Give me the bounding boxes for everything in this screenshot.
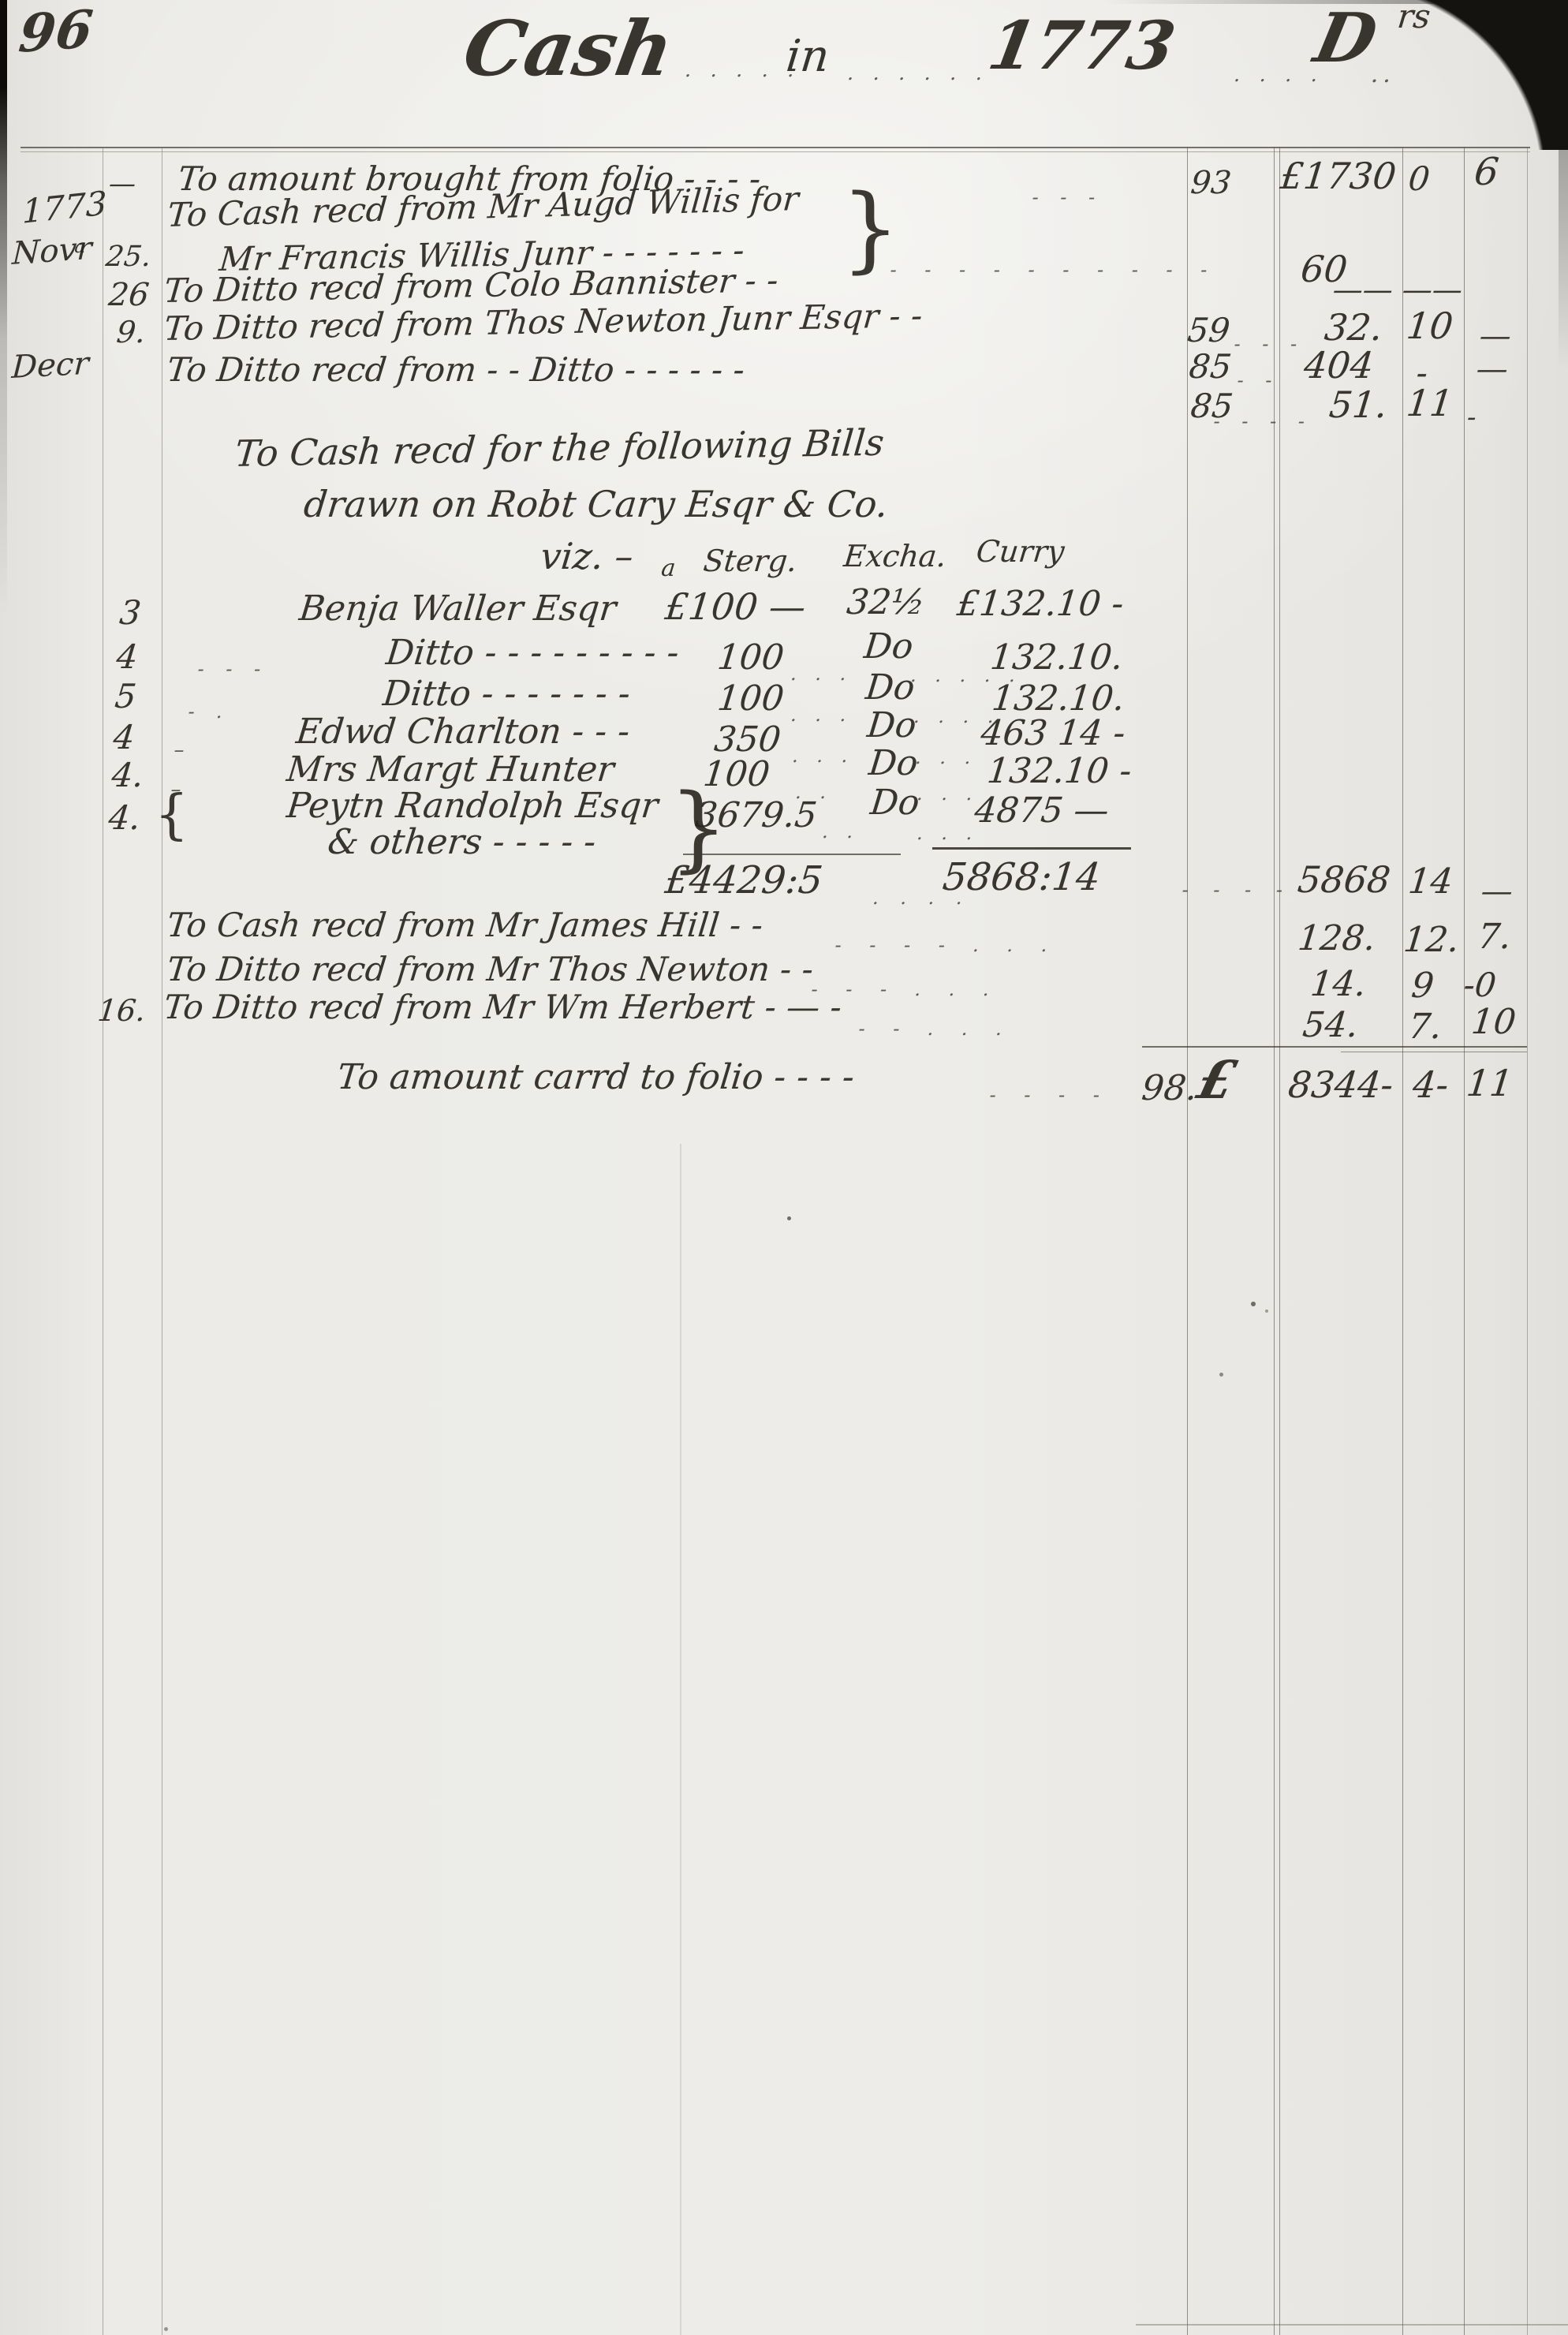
amount-shillings: 11 <box>1405 385 1454 421</box>
carry-total-rule <box>1142 1046 1527 1048</box>
bills-intro-line1: To Cash recd for the following Bills <box>233 424 886 472</box>
amount-pence: 11 <box>1465 1065 1514 1101</box>
bill-leader-dots: . . . <box>790 664 853 683</box>
bills-viz-mark: a <box>660 557 677 581</box>
bill-name: Benja Waller Esqr <box>297 592 618 626</box>
folio-ref: 85 <box>1189 390 1235 423</box>
bills-total-rule-currency <box>932 847 1131 850</box>
entry-leader: - - . . . <box>857 1019 1014 1038</box>
bill-exchange: Do <box>862 630 914 664</box>
margin-month-dec: Decr <box>11 348 90 383</box>
title-leader-2: . . . . . . <box>846 63 990 84</box>
amount-pounds: £1730 <box>1279 158 1398 194</box>
column-rule-folio <box>1187 147 1188 2335</box>
amount-pence: - <box>1465 404 1477 431</box>
bill-sterling: £100 — <box>663 588 808 625</box>
amount-pence: — <box>1475 353 1510 385</box>
entry-leader: - - - <box>1031 188 1103 207</box>
bills-total-rule-sterling <box>683 854 901 855</box>
bill-leader-dots: . . <box>821 822 860 841</box>
bills-intro-line2: drawn on Robt Cary Esqr & Co. <box>302 486 890 522</box>
bill-leader-dots: . . . <box>790 705 853 724</box>
amount-shillings: 12. <box>1402 923 1461 958</box>
column-rule-margin-right <box>1527 147 1528 2335</box>
bill-name: Mrs Margt Hunter <box>285 753 615 787</box>
amount-pounds: 54. <box>1301 1008 1360 1043</box>
folio-ref: 59 <box>1186 314 1232 347</box>
title-dr-dots: .. <box>1370 63 1397 87</box>
column-rule-pounds-inner <box>1279 147 1280 2335</box>
amount-shillings: 10 <box>1405 308 1454 344</box>
entry-leader: - - - <box>1233 334 1305 353</box>
bills-col-sterling: Sterg. <box>702 546 798 576</box>
amount-shillings: 9 <box>1409 969 1435 1003</box>
entry-day: 16. <box>96 996 147 1026</box>
entry-day: 9. <box>115 317 147 347</box>
bill-currency: 132.10. <box>988 641 1125 675</box>
bill-currency: 4875 — <box>973 794 1111 828</box>
bill-name: Ditto - - - - - - - <box>381 677 632 712</box>
amount-pounds: 8344- <box>1286 1067 1394 1103</box>
bill-currency: 463 14 - <box>979 716 1126 751</box>
amount-dash: —— —— <box>1331 275 1464 304</box>
amount-pounds: 128. <box>1296 921 1377 956</box>
bill-exchange: Do <box>867 746 919 781</box>
amount-pence: 6 <box>1473 153 1501 191</box>
bill-name: Peytn Randolph Esqr <box>285 789 659 824</box>
entry-leader: - - <box>1236 371 1280 390</box>
bill-lead-dash: - - - <box>196 659 269 678</box>
bill-currency: 132.10 - <box>985 754 1133 789</box>
bills-viz-label: viz. – <box>539 538 635 574</box>
entry-desc: To Ditto recd from Mr Wm Herbert - — - <box>162 991 844 1024</box>
amount-pence: — <box>1478 320 1513 352</box>
entry-day: 26 <box>107 279 151 311</box>
page-title-year: 1773 <box>984 13 1180 79</box>
bill-lead-dash: – <box>173 740 185 760</box>
bill-sterling: 100 <box>715 682 786 716</box>
bill-name: Edwd Charlton - - - <box>294 715 631 749</box>
folio-ref: 85 <box>1188 350 1234 383</box>
page-title-in: in <box>784 35 831 79</box>
bills-col-exchange: Excha. <box>842 541 948 571</box>
ink-spot <box>1265 1309 1268 1313</box>
entry-day: 25. <box>104 243 152 271</box>
entry-leader: - - - - . . . <box>834 936 1059 955</box>
bill-sterling: 100 <box>715 641 786 675</box>
amount-pounds: 32. <box>1323 309 1384 346</box>
entry-day: — <box>107 170 137 197</box>
entry-leader: - - - - <box>988 1085 1111 1104</box>
bill-brace-open: { <box>155 789 189 842</box>
bill-name-others: & others - - - - - <box>326 825 597 860</box>
bill-day: 4. <box>107 801 142 835</box>
bill-exchange: Do <box>864 671 916 705</box>
page-title-cash: Cash <box>458 11 678 87</box>
amount-pence: — <box>1480 876 1514 907</box>
page-title-dr-superscript: rs <box>1396 0 1432 33</box>
entry-desc: To Ditto recd from - - Ditto - - - - - - <box>166 353 747 387</box>
entry-desc: To Ditto recd from Mr Thos Newton - - <box>166 953 816 986</box>
amount-pounds: 14. <box>1309 967 1368 1002</box>
folio-ref: 98. <box>1140 1071 1199 1106</box>
column-rule-pounds-outer <box>1274 147 1275 2335</box>
bill-currency: £132.10 - <box>955 587 1125 622</box>
ink-spot <box>1219 1373 1223 1377</box>
amount-pence: -0 <box>1462 969 1498 1002</box>
bill-day: 3 <box>118 596 143 630</box>
bottom-edge-line <box>1136 2324 1568 2326</box>
page-number: 96 <box>17 3 95 60</box>
amount-shillings: 4- <box>1411 1067 1450 1103</box>
column-rule-shillings <box>1402 147 1403 2335</box>
bill-exchange: 32½ <box>845 585 926 620</box>
amount-pence: 7. <box>1476 920 1513 955</box>
entry-desc: To Cash recd from Mr James Hill - - <box>166 909 765 942</box>
bill-day: 4. <box>110 759 145 792</box>
amount-shillings: 0 <box>1407 163 1432 196</box>
bill-exchange: Do <box>865 708 917 743</box>
amount-pounds: 5868 <box>1296 861 1392 898</box>
bills-col-currency: Curry <box>975 536 1066 566</box>
header-rule-bottom <box>21 151 1530 152</box>
bill-sterling: 350 <box>712 723 782 757</box>
paper-crease <box>680 1144 681 2335</box>
amount-shillings: 14 <box>1406 865 1454 899</box>
ink-spot <box>1251 1302 1256 1306</box>
bill-sterling: 3679.5 <box>693 798 819 833</box>
ink-spot <box>787 1216 791 1220</box>
amount-shillings: 7. <box>1406 1010 1443 1044</box>
bill-lead-dash: - . <box>187 702 231 721</box>
bills-total-currency: 5868:14 <box>941 858 1102 896</box>
amount-pounds: 404 <box>1302 347 1376 383</box>
entry-leader: - - - - - - - - - - <box>889 260 1219 279</box>
bill-leader-dots: . . . <box>791 746 855 765</box>
margin-year: 1773 <box>22 187 106 229</box>
bill-day: 4 <box>112 721 136 754</box>
bill-leader-dots: . . . <box>914 748 978 767</box>
bill-day: 4 <box>115 641 140 674</box>
amount-pence: 10 <box>1469 1005 1518 1040</box>
pound-sign: £ <box>1193 1054 1241 1106</box>
binding-shadow <box>0 0 7 615</box>
bills-total-sterling: £4429:5 <box>663 861 824 899</box>
column-rule-day <box>162 147 162 2335</box>
column-rule-pence <box>1464 147 1465 2335</box>
bill-currency: 132.10. <box>990 682 1126 716</box>
folio-ref: 93 <box>1189 167 1233 199</box>
ink-spot <box>164 2327 168 2331</box>
bill-exchange: Do <box>868 786 920 820</box>
bill-day: 5 <box>114 680 138 713</box>
margin-month-nov: Novr <box>12 233 93 270</box>
right-edge-shadow <box>1559 118 1568 371</box>
ledger-page: 96 Cash . . . . . in . . . . . . 1773 . … <box>0 0 1568 2335</box>
bill-leader-dots: . . . <box>916 784 980 803</box>
bill-name: Ditto - - - - - - - - - <box>384 636 681 671</box>
column-rule-date <box>103 147 103 2335</box>
bill-leader-dots: . . . <box>916 824 980 842</box>
entry-desc: To amount carrd to folio - - - - <box>335 1060 856 1095</box>
entry-leader: - - - - <box>1181 880 1293 899</box>
amount-pounds: 51. <box>1327 387 1389 423</box>
carry-total-rule-2 <box>1341 1052 1527 1052</box>
header-rule-top <box>21 147 1530 148</box>
